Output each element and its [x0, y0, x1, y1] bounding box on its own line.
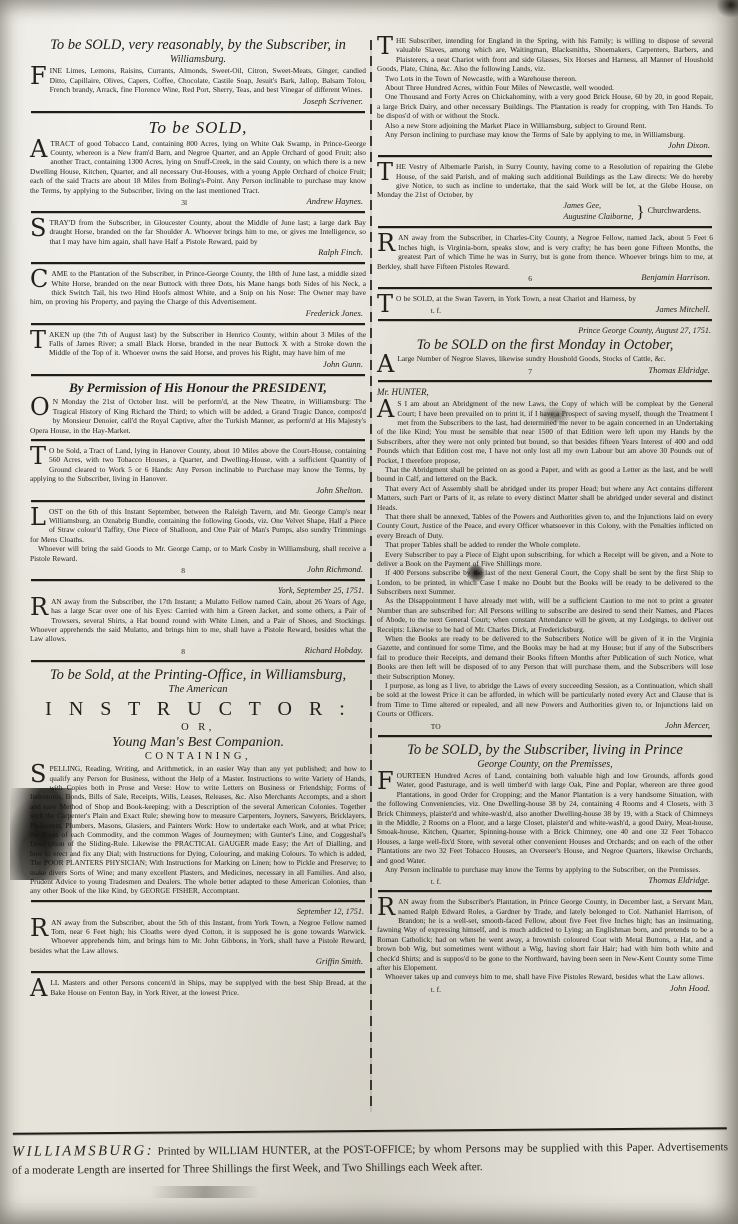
ad-divider-rule — [31, 323, 365, 325]
ad-signature: John Hood. — [670, 983, 710, 994]
ad-signature: James Mitchell. — [656, 304, 710, 315]
churchwarden-name: James Gee, — [563, 201, 633, 211]
ad-mark: 6 — [528, 274, 532, 284]
drop-cap-letter: S — [30, 764, 49, 784]
ad-divider-rule — [378, 319, 712, 321]
advertisement: THE Subscriber, intending for England in… — [377, 36, 713, 151]
drop-cap-letter: L — [30, 507, 49, 527]
brace-glyph: } — [636, 201, 644, 223]
column-divider-rule — [370, 40, 372, 1112]
advertisement: TAKEN up (the 7th of August last) by the… — [30, 330, 366, 370]
ad-paragraph: ALarge Number of Negroe Slaves, likewise… — [377, 354, 713, 363]
ad-salutation: Mr. HUNTER, — [377, 387, 713, 398]
ad-signature: Frederick Jones. — [306, 308, 363, 319]
drop-cap-letter: T — [377, 36, 396, 56]
signature-row: t. f.John Hood. — [377, 983, 713, 994]
ad-signature: Ralph Finch. — [318, 247, 363, 258]
drop-cap-letter: F — [30, 66, 50, 86]
ad-signature: Joseph Scrivener. — [303, 96, 363, 107]
ad-divider-rule — [31, 262, 365, 264]
ad-signature: John Dixon. — [668, 140, 710, 151]
advertisement: RAN away from the Subscriber, in Charles… — [377, 233, 713, 283]
advertisement: By Permission of His Honour the PRESIDEN… — [30, 381, 366, 435]
ad-paragraph: I purpose, as long as I live, to abridge… — [377, 681, 713, 719]
imprint-city: WILLIAMSBURG: — [12, 1143, 154, 1160]
ad-paragraph: CAME to the Plantation of the Subscriber… — [30, 269, 366, 307]
ad-paragraph: ON Monday the 21st of October Inst. will… — [30, 397, 366, 435]
signature-row: Griffin Smith. — [30, 956, 366, 967]
ad-divider-rule — [378, 735, 712, 737]
left-column: To be SOLD, very reasonably, by the Subs… — [30, 36, 366, 998]
ad-signature: Thomas Eldridge. — [648, 875, 710, 886]
ad-divider-rule — [31, 439, 365, 441]
ad-signature: John Gunn. — [323, 359, 363, 370]
ad-paragraph: TAKEN up (the 7th of August last) by the… — [30, 330, 366, 358]
ad-paragraph: AS I am about an Abridgment of the new L… — [377, 399, 713, 465]
advertisement: ALL Masters and other Persons concern'd … — [30, 978, 366, 997]
drop-cap-letter: A — [30, 139, 50, 159]
ad-dateline: September 12, 1751. — [30, 907, 364, 917]
ad-paragraph: TO be Sold, a Tract of Land, lying in Ha… — [30, 446, 366, 484]
advertisement: RAN away from the Subscriber's Plantatio… — [377, 897, 713, 994]
ad-mark: 8 — [181, 566, 185, 576]
advertisement: THE Vestry of Albemarle Parish, in Surry… — [377, 162, 713, 222]
ad-divider-rule — [378, 890, 712, 892]
ad-paragraph: FOURTEEN Hundred Acres of Land, containi… — [377, 771, 713, 865]
ad-divider-rule — [31, 111, 365, 113]
ad-paragraph: That the Abridgment shall be printed on … — [377, 465, 713, 484]
signature-row: Frederick Jones. — [30, 308, 366, 319]
ad-signature: Thomas Eldridge. — [648, 365, 710, 376]
advertisement: To be SOLD, very reasonably, by the Subs… — [30, 37, 366, 107]
ad-paragraph: THE Vestry of Albemarle Parish, in Surry… — [377, 162, 713, 200]
ad-mark: t. f. — [431, 877, 441, 887]
ad-paragraph: FINE Limes, Lemons, Raisins, Currants, A… — [30, 66, 366, 94]
signature-row: t. f.James Mitchell. — [377, 304, 713, 315]
drop-cap-letter: T — [30, 446, 49, 466]
signature-row: 7Thomas Eldridge. — [377, 365, 713, 376]
ad-signature: Andrew Haynes. — [307, 196, 363, 207]
drop-cap-letter: A — [30, 978, 50, 998]
ad-heading: By Permission of His Honour the PRESIDEN… — [30, 381, 366, 396]
advertisement: To be Sold, at the Printing-Office, in W… — [30, 667, 366, 896]
ad-paragraph: As the Disappointment I have already met… — [377, 596, 713, 634]
ad-signature: Benjamin Harrison. — [641, 272, 710, 283]
ad-divider-rule — [31, 579, 365, 581]
ad-heading: The American — [30, 684, 366, 696]
ad-mark: 8 — [181, 647, 185, 657]
ad-paragraph: LOST on the 6th of this Instant Septembe… — [30, 507, 366, 545]
signature-row: John Gunn. — [30, 359, 366, 370]
ad-paragraph: Also a new Store adjoining the Market Pl… — [377, 121, 713, 130]
signature-row: TOJohn Mercer, — [377, 720, 713, 731]
ad-divider-rule — [378, 380, 712, 382]
drop-cap-letter: R — [30, 918, 51, 938]
ad-heading: To be SOLD, — [30, 118, 366, 137]
ad-heading: To be SOLD on the first Monday in Octobe… — [377, 337, 713, 353]
churchwardens-label: Churchwardens. — [648, 206, 701, 216]
advertisement: To be SOLD, by the Subscriber, living in… — [377, 742, 713, 887]
drop-cap-letter: C — [30, 269, 51, 289]
advertisement: Mr. HUNTER,AS I am about an Abridgment o… — [377, 387, 713, 731]
advertisement: LOST on the 6th of this Instant Septembe… — [30, 507, 366, 575]
ad-paragraph: TO be SOLD, at the Swan Tavern, in York … — [377, 294, 713, 303]
ad-paragraph: Whoever will bring the said Goods to Mr.… — [30, 544, 366, 563]
ad-dateline: York, September 25, 1751. — [30, 586, 364, 596]
ad-heading: O R, — [30, 722, 366, 734]
ad-signature: John Richmond. — [307, 564, 363, 575]
ad-divider-rule — [378, 287, 712, 289]
ad-paragraph: Any Person inclinable to purchase may kn… — [377, 865, 713, 874]
signature-row: John Shelton. — [30, 485, 366, 496]
advertisement: September 12, 1751.RAN away from the Sub… — [30, 907, 366, 967]
advertisement: Prince George County, August 27, 1751.To… — [377, 326, 713, 375]
ad-paragraph: That proper Tables shall be added to ren… — [377, 540, 713, 549]
ad-paragraph: That every Act of Assembly shall be abri… — [377, 484, 713, 512]
signature-row: t. f.Thomas Eldridge. — [377, 875, 713, 886]
ad-signature: Griffin Smith. — [316, 956, 363, 967]
ad-signature: John Shelton. — [316, 485, 363, 496]
drop-cap-letter: T — [30, 330, 49, 350]
drop-cap-letter: R — [377, 897, 398, 917]
advertisement: To be SOLD,ATRACT of good Tobacco Land, … — [30, 118, 366, 207]
ad-signature: John Mercer, — [665, 720, 710, 731]
advertisement: TO be Sold, a Tract of Land, lying in Ha… — [30, 446, 366, 496]
ad-mark: TO — [431, 722, 441, 732]
footer-rule — [13, 1127, 727, 1135]
ad-paragraph: When the Books are ready to be delivered… — [377, 634, 713, 681]
ad-mark: t. f. — [431, 985, 441, 995]
ad-heading: Young Man's Best Companion. — [30, 735, 366, 751]
ad-heading: I N S T R U C T O R : — [30, 698, 366, 720]
drop-cap-letter: O — [30, 397, 53, 417]
churchwardens-block: James Gee,Augustine Claiborne,}Churchwar… — [377, 201, 701, 223]
ad-heading: To be Sold, at the Printing-Office, in W… — [30, 667, 366, 683]
drop-cap-letter: R — [30, 597, 51, 617]
advertisement: STRAY'D from the Subscriber, in Gloucest… — [30, 218, 366, 258]
ad-paragraph: THE Subscriber, intending for England in… — [377, 36, 713, 74]
ad-paragraph: ALL Masters and other Persons concern'd … — [30, 978, 366, 997]
ad-heading: George County, on the Premisses, — [377, 759, 713, 770]
ad-paragraph: Whoever takes up and conveys him to me, … — [377, 972, 713, 981]
ad-paragraph: STRAY'D from the Subscriber, in Gloucest… — [30, 218, 366, 246]
ad-paragraph: RAN away from the Subscriber, about the … — [30, 918, 366, 956]
ad-divider-rule — [31, 500, 365, 502]
ad-paragraph: If 400 Persons subscribe by the last of … — [377, 568, 713, 596]
drop-cap-letter: A — [377, 399, 397, 419]
signature-row: 3lAndrew Haynes. — [30, 196, 366, 207]
ad-heading: To be SOLD, very reasonably, by the Subs… — [30, 37, 366, 53]
signature-row: Ralph Finch. — [30, 247, 366, 258]
ad-paragraph: RAN away from the Subscriber's Plantatio… — [377, 897, 713, 972]
signature-row: 8Richard Hobday. — [30, 645, 366, 656]
ad-mark: 7 — [528, 367, 532, 377]
ad-paragraph: That there shall be annexed, Tables of t… — [377, 512, 713, 540]
ad-paragraph: Two Lots in the Town of Newcastle, with … — [377, 74, 713, 83]
ad-paragraph: ATRACT of good Tobacco Land, containing … — [30, 139, 366, 195]
advertisement: CAME to the Plantation of the Subscriber… — [30, 269, 366, 319]
ad-mark: 3l — [181, 198, 187, 208]
ink-blot — [716, 0, 738, 18]
churchwarden-name: Augustine Claiborne, — [563, 212, 633, 222]
ink-smudge — [150, 1186, 260, 1198]
ad-paragraph: RAN away from the Subscriber, in Charles… — [377, 233, 713, 271]
ad-heading: To be SOLD, by the Subscriber, living in… — [377, 742, 713, 758]
drop-cap-letter: R — [377, 233, 398, 253]
advertisement: TO be SOLD, at the Swan Tavern, in York … — [377, 294, 713, 315]
drop-cap-letter: F — [377, 771, 397, 791]
ad-paragraph: RAN away from the Subscriber, the 17th I… — [30, 597, 366, 644]
ad-mark: t. f. — [431, 306, 441, 316]
drop-cap-letter: S — [30, 218, 49, 238]
ad-divider-rule — [31, 211, 365, 213]
ad-heading: Williamsburg. — [30, 54, 366, 65]
ad-paragraph: About Three Hundred Acres, within Four M… — [377, 83, 713, 92]
newspaper-page: To be SOLD, very reasonably, by the Subs… — [0, 0, 738, 1224]
ad-divider-rule — [31, 900, 365, 902]
imprint-text: WILLIAMSBURG: Printed by WILLIAM HUNTER,… — [12, 1136, 728, 1179]
drop-cap-letter: T — [377, 162, 396, 182]
ad-paragraph: SPELLING, Reading, Writing, and Arithmet… — [30, 764, 366, 895]
ad-paragraph: One Thousand and Forty Acres on Chickaho… — [377, 92, 713, 120]
ad-heading: CONTAINING, — [30, 751, 366, 763]
signature-row: Joseph Scrivener. — [30, 96, 366, 107]
churchwarden-names: James Gee,Augustine Claiborne, — [563, 201, 633, 222]
ad-divider-rule — [378, 226, 712, 228]
advertisement: York, September 25, 1751.RAN away from t… — [30, 586, 366, 656]
printer-imprint: WILLIAMSBURG: Printed by WILLIAM HUNTER,… — [12, 1123, 728, 1179]
ad-divider-rule — [31, 374, 365, 376]
ad-signature: Richard Hobday. — [305, 645, 363, 656]
right-column: THE Subscriber, intending for England in… — [377, 36, 713, 994]
ad-dateline: Prince George County, August 27, 1751. — [377, 326, 711, 336]
ad-divider-rule — [378, 155, 712, 157]
signature-row: 8John Richmond. — [30, 564, 366, 575]
ad-paragraph: Any Person inclining to purchase may kno… — [377, 130, 713, 139]
signature-row: John Dixon. — [377, 140, 713, 151]
ad-paragraph: Every Subscriber to pay a Piece of Eight… — [377, 550, 713, 569]
ad-divider-rule — [31, 660, 365, 662]
signature-row: 6Benjamin Harrison. — [377, 272, 713, 283]
ad-divider-rule — [31, 971, 365, 973]
